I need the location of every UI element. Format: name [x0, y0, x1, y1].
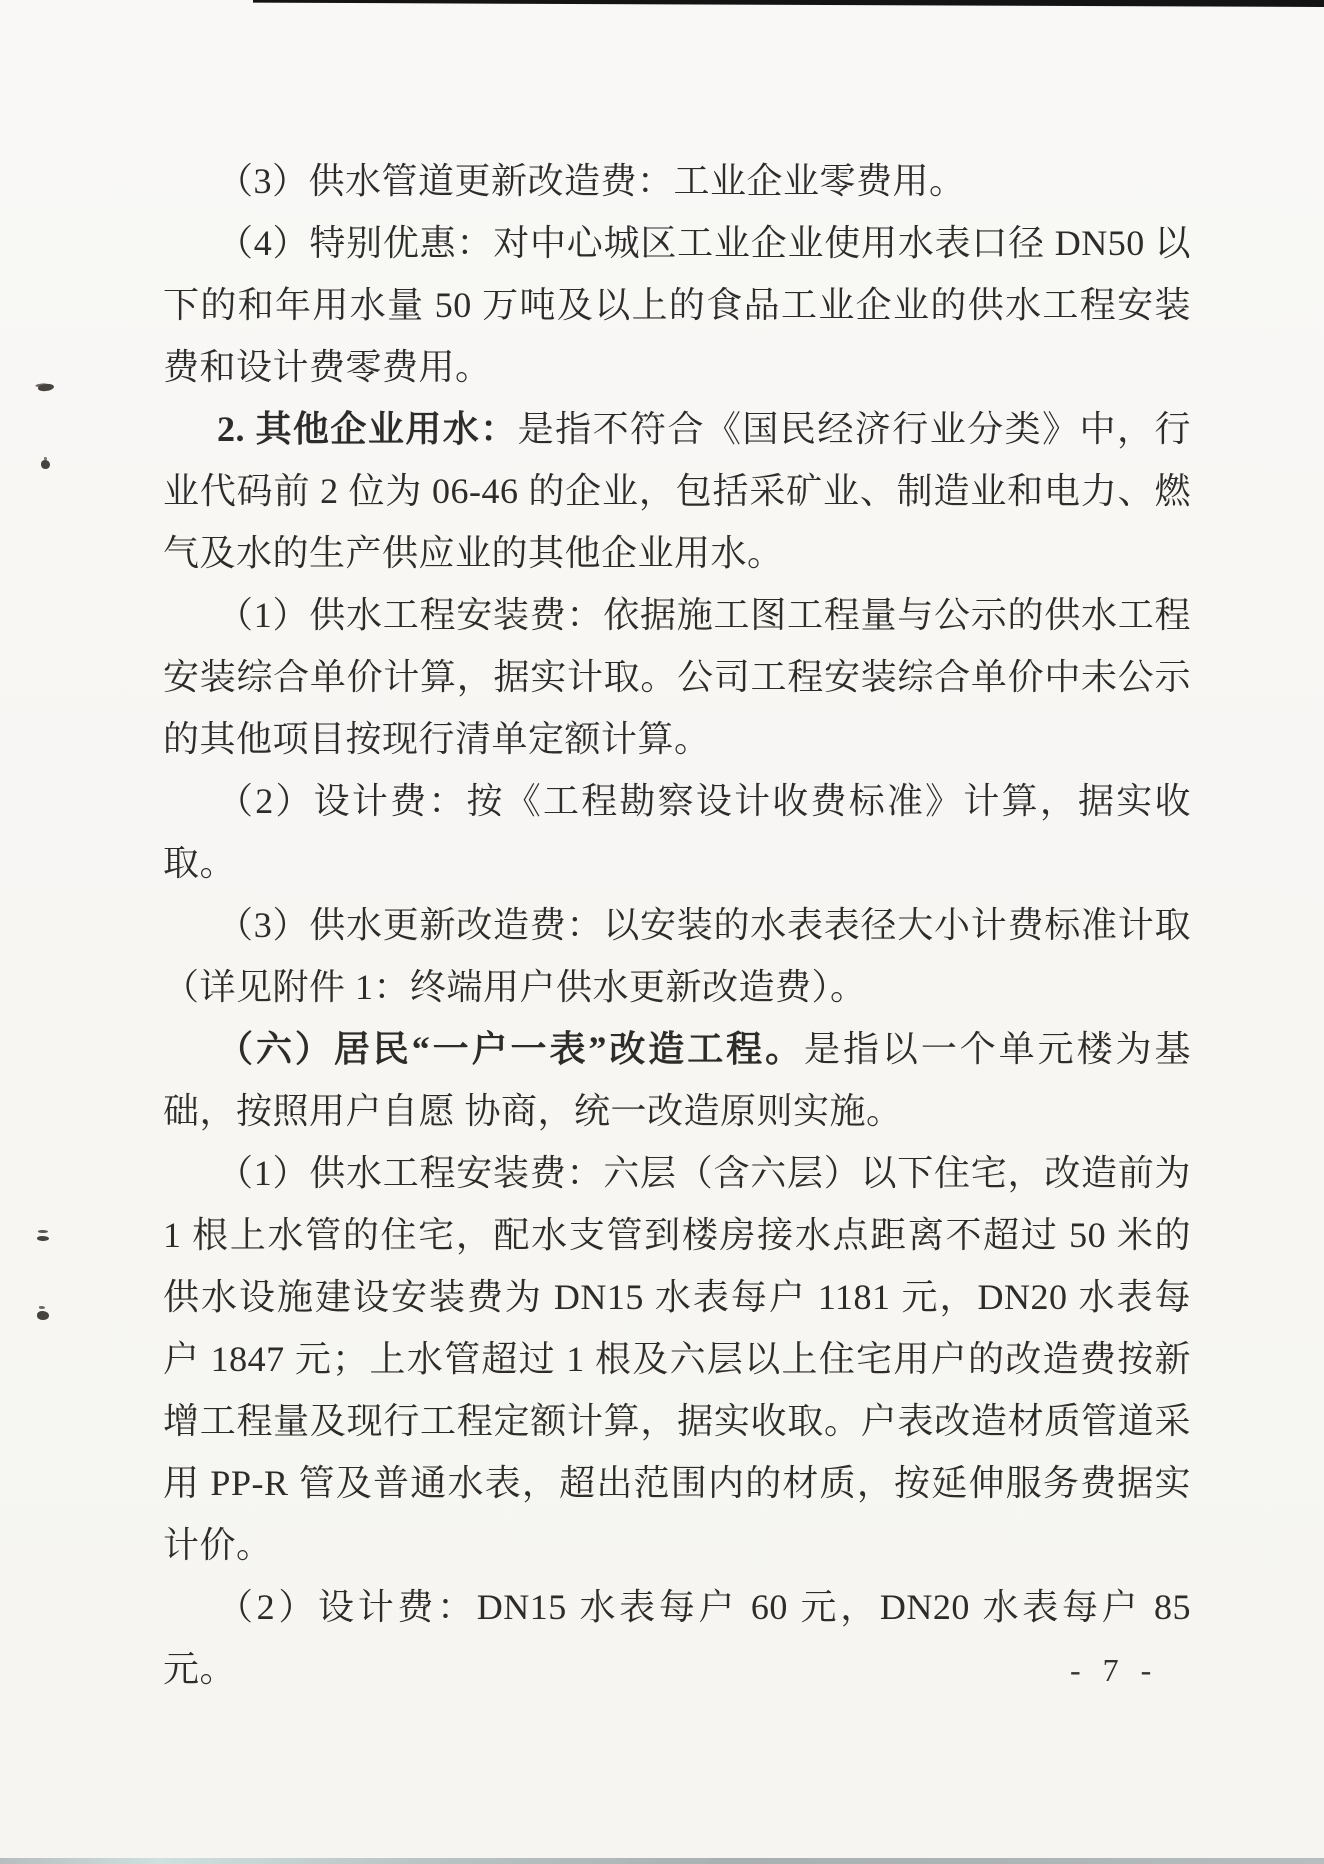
paragraph-lead: （六）居民“一户一表”改造工程。 [217, 1029, 804, 1069]
ink-speck [38, 383, 55, 392]
scan-edge-top [253, 0, 1324, 7]
ink-speck [41, 460, 50, 469]
paragraph: （3）供水管道更新改造费：工业企业零费用。 [163, 150, 1191, 212]
scan-edge-bottom [0, 1858, 1324, 1864]
paragraph: 2. 其他企业用水：是指不符合《国民经济行业分类》中，行业代码前 2 位为 06… [163, 398, 1191, 584]
paragraph: （1）供水工程安装费：六层（含六层）以下住宅，改造前为 1 根上水管的住宅，配水… [163, 1142, 1191, 1576]
paragraph: （2）设计费：DN15 水表每户 60 元，DN20 水表每户 85 元。 [163, 1576, 1191, 1700]
paragraph-text: （1）供水工程安装费：六层（含六层）以下住宅，改造前为 1 根上水管的住宅，配水… [163, 1153, 1191, 1565]
paragraph-text: （3）供水管道更新改造费：工业企业零费用。 [217, 161, 966, 201]
paragraph-text: （3）供水更新改造费：以安装的水表表径大小计费标准计取（详见附件 1：终端用户供… [163, 905, 1191, 1007]
paragraph: （1）供水工程安装费：依据施工图工程量与公示的供水工程安装综合单价计算，据实计取… [163, 584, 1191, 770]
paragraph-text: （2）设计费：按《工程勘察设计收费标准》计算，据实收取。 [163, 781, 1191, 883]
paragraph-text: （4）特别优惠：对中心城区工业企业使用水表口径 DN50 以下的和年用水量 50… [163, 223, 1191, 387]
page-number: - 7 - [1070, 1652, 1158, 1689]
paragraph: （2）设计费：按《工程勘察设计收费标准》计算，据实收取。 [163, 770, 1191, 894]
document-text: （3）供水管道更新改造费：工业企业零费用。 （4）特别优惠：对中心城区工业企业使… [163, 150, 1191, 1700]
paragraph-text: （1）供水工程安装费：依据施工图工程量与公示的供水工程安装综合单价计算，据实计取… [163, 595, 1191, 759]
paragraph: （4）特别优惠：对中心城区工业企业使用水表口径 DN50 以下的和年用水量 50… [163, 212, 1191, 398]
paragraph: （3）供水更新改造费：以安装的水表表径大小计费标准计取（详见附件 1：终端用户供… [163, 894, 1191, 1018]
ink-speck [37, 1311, 49, 1320]
paragraph-text: （2）设计费：DN15 水表每户 60 元，DN20 水表每户 85 元。 [163, 1587, 1191, 1689]
document-page: （3）供水管道更新改造费：工业企业零费用。 （4）特别优惠：对中心城区工业企业使… [0, 0, 1324, 1864]
ink-speck [37, 1236, 49, 1241]
paragraph-lead: 2. 其他企业用水： [217, 409, 518, 449]
paragraph: （六）居民“一户一表”改造工程。是指以一个单元楼为基础，按照用户自愿 协商，统一… [163, 1018, 1191, 1142]
